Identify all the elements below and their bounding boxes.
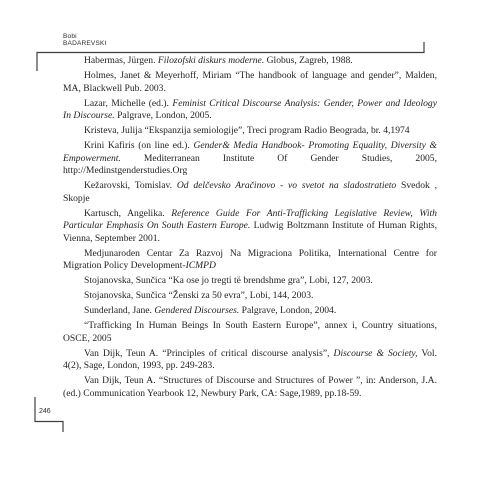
page-number: 246 [39,408,51,415]
bibliography-entry: “Trafficking In Human Beings In South Ea… [63,320,437,345]
bibliography-entry: Van Dijk, Teun A. “Structures of Discour… [63,375,437,400]
bibliography: Habermas, Jürgen. Filozofski diskurs mod… [63,55,437,403]
bibliography-entry: Sunderland, Jane. Gendered Discourses. P… [63,305,437,318]
bibliography-entry: Medjunaroden Centar Za Razvoj Na Migraci… [63,248,437,273]
bibliography-entry: Kežarovski, Tomislav. Od delčevsko Arači… [63,180,437,205]
running-head-author-first: Bobi [63,33,107,40]
running-head-author-last: BADAREVSKI [63,40,107,47]
bibliography-entry: Van Dijk, Teun A. “Principles of critica… [63,348,437,373]
running-head: Bobi BADAREVSKI [63,33,107,47]
bibliography-entry: Stojanovska, Sunčica “Ka ose jo tregti t… [63,275,437,288]
bibliography-entry: Habermas, Jürgen. Filozofski diskurs mod… [63,55,437,68]
bibliography-entry: Kristeva, Julija “Ekspanzija semiologije… [63,125,437,138]
document-page: Bobi BADAREVSKI Habermas, Jürgen. Filozo… [0,0,480,480]
bibliography-entry: Krini Kafiris (on line ed.). Gender& Med… [63,140,437,178]
bibliography-entry: Holmes, Janet & Meyerhoff, Miriam “The h… [63,70,437,95]
bibliography-entry: Lazar, Michelle (ed.). Feminist Critical… [63,98,437,123]
bibliography-entry: Stojanovska, Sunčica “Ženski za 50 evra”… [63,290,437,303]
bibliography-entry: Kartusch, Angelika. Reference Guide For … [63,208,437,246]
